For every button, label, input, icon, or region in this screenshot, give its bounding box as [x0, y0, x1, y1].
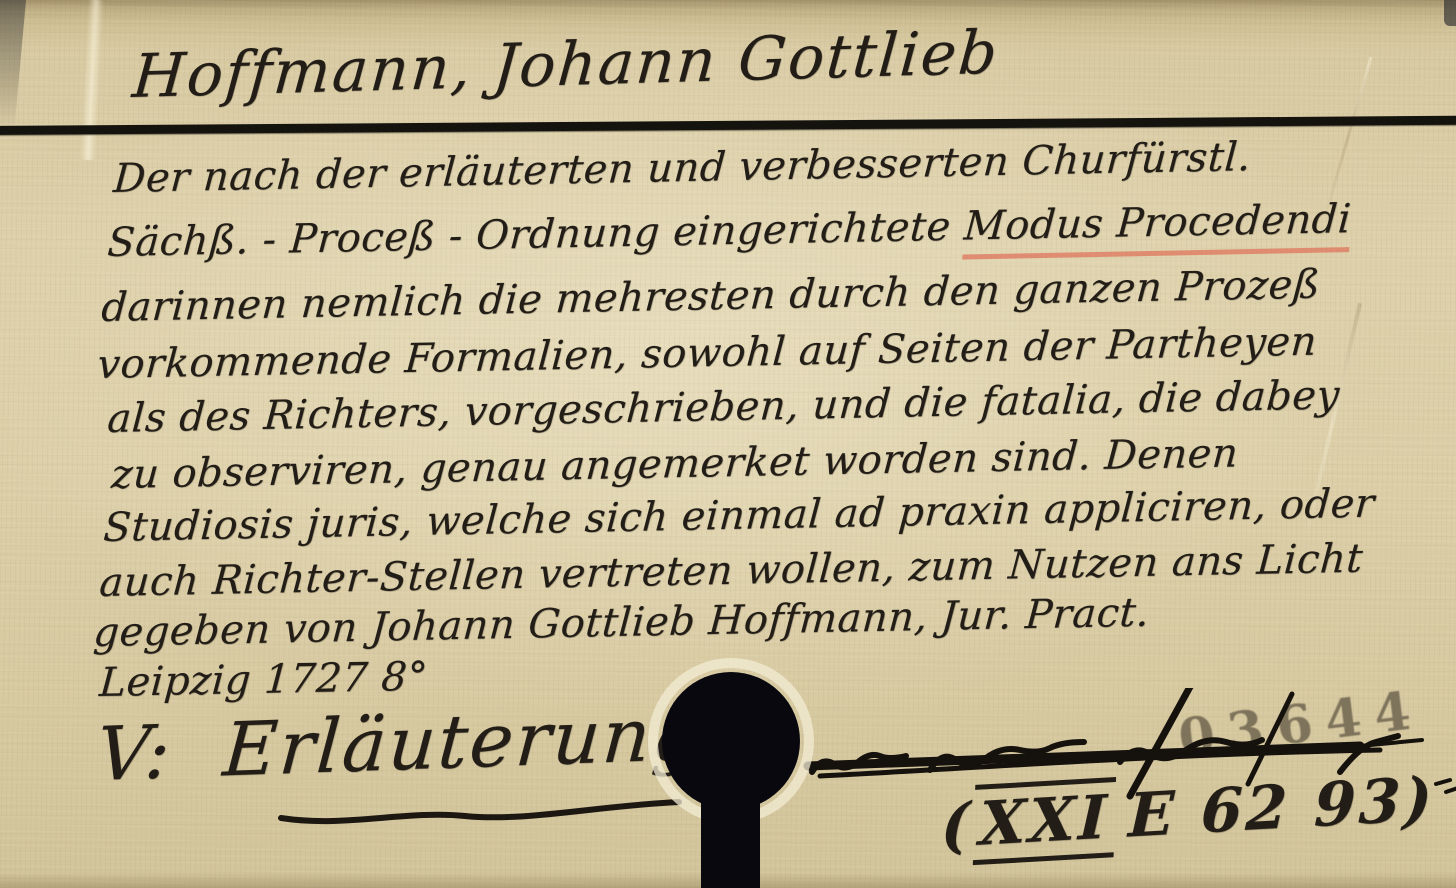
manuscript-line: Der nach der erläuterten und verbesserte… [112, 134, 1253, 202]
paper-bottom-edge [0, 872, 1456, 888]
reference-underline-flourish [275, 792, 695, 832]
manuscript-line: darinnen nemlich die mehresten durch den… [100, 262, 1322, 331]
manuscript-line: Sächß. - Proceß - Ordnung eingerichtete … [106, 196, 1353, 266]
heading-rule [0, 116, 1456, 135]
paper-worn-corner-top-left [0, 0, 26, 130]
shelfmark-roman-numeral: XXI [973, 777, 1115, 865]
reference-note: V: Erläuterung, [94, 690, 730, 798]
paper-fold-highlight [80, 0, 104, 160]
paper-mark-top-right [1444, 0, 1456, 26]
title-highlight-red-underlined: Modus Procedendi [962, 196, 1353, 260]
manuscript-line-text: Sächß. - Proceß - Ordnung eingerichtete [106, 203, 966, 266]
heading-author-name: Hoffmann, Johann Gottlieb [130, 18, 1002, 112]
shelfmark-open-paren: ( [940, 790, 974, 862]
catalog-card: Hoffmann, Johann Gottlieb Der nach der e… [0, 0, 1456, 888]
imprint-line: Leipzig 1727 8° [98, 654, 429, 706]
